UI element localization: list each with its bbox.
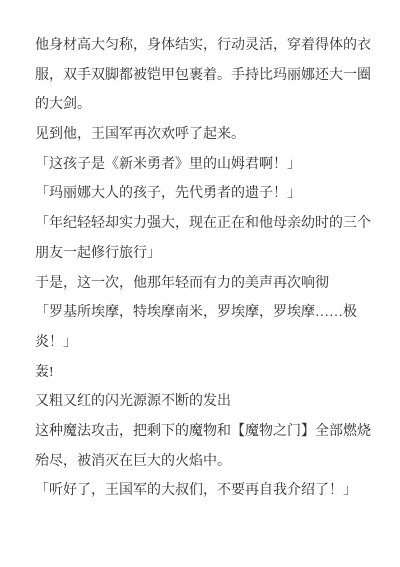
text-line: 「罗基所埃摩，特埃摩南米，罗埃摩，罗埃摩……极 — [35, 298, 367, 328]
text-line: 炎！」 — [35, 328, 367, 358]
paragraph: 他身材高大匀称，身体结实，行动灵活，穿着得体的衣服，双手双脚都被铠甲包裹着。手持… — [35, 31, 367, 120]
paragraph: 这种魔法攻击，把剩下的魔物和【魔物之门】全部燃烧殆尽，被消灭在巨大的火焰中。 — [35, 417, 367, 476]
paragraph: 又粗又红的闪光源源不断的发出 — [35, 387, 367, 417]
text-line: 服，双手双脚都被铠甲包裹着。手持比玛丽娜还大一圈 — [35, 61, 367, 91]
paragraph: 「这孩子是《新米勇者》里的山姆君啊！」 — [35, 150, 367, 180]
paragraph: 「罗基所埃摩，特埃摩南米，罗埃摩，罗埃摩……极炎！」 — [35, 298, 367, 357]
text-line: 殆尽，被消灭在巨大的火焰中。 — [35, 447, 367, 477]
paragraph: 见到他，王国军再次欢呼了起来。 — [35, 120, 367, 150]
paragraph: 轰! — [35, 358, 367, 388]
text-line: 他身材高大匀称，身体结实，行动灵活，穿着得体的衣 — [35, 31, 367, 61]
text-line: 「玛丽娜大人的孩子，先代勇者的遗子！」 — [35, 179, 367, 209]
text-line: 朋友一起修行旅行」 — [35, 239, 367, 269]
text-line: 「这孩子是《新米勇者》里的山姆君啊！」 — [35, 150, 367, 180]
reader-page: 他身材高大匀称，身体结实，行动灵活，穿着得体的衣服，双手双脚都被铠甲包裹着。手持… — [0, 0, 400, 567]
text-line: 于是，这一次，他那年轻而有力的美声再次响彻 — [35, 269, 367, 299]
text-line: 「听好了，王国军的大叔们，不要再自我介绍了！」 — [35, 476, 367, 506]
paragraph: 「听好了，王国军的大叔们，不要再自我介绍了！」 — [35, 476, 367, 506]
paragraph: 于是，这一次，他那年轻而有力的美声再次响彻 — [35, 269, 367, 299]
text-line: 这种魔法攻击，把剩下的魔物和【魔物之门】全部燃烧 — [35, 417, 367, 447]
page-text-content: 他身材高大匀称，身体结实，行动灵活，穿着得体的衣服，双手双脚都被铠甲包裹着。手持… — [35, 31, 367, 506]
paragraph: 「玛丽娜大人的孩子，先代勇者的遗子！」 — [35, 179, 367, 209]
text-line: 「年纪轻轻却实力强大，现在正在和他母亲幼时的三个 — [35, 209, 367, 239]
text-line: 的大剑。 — [35, 90, 367, 120]
text-line: 轰! — [35, 358, 367, 388]
paragraph: 「年纪轻轻却实力强大，现在正在和他母亲幼时的三个朋友一起修行旅行」 — [35, 209, 367, 268]
text-line: 又粗又红的闪光源源不断的发出 — [35, 387, 367, 417]
text-line: 见到他，王国军再次欢呼了起来。 — [35, 120, 367, 150]
